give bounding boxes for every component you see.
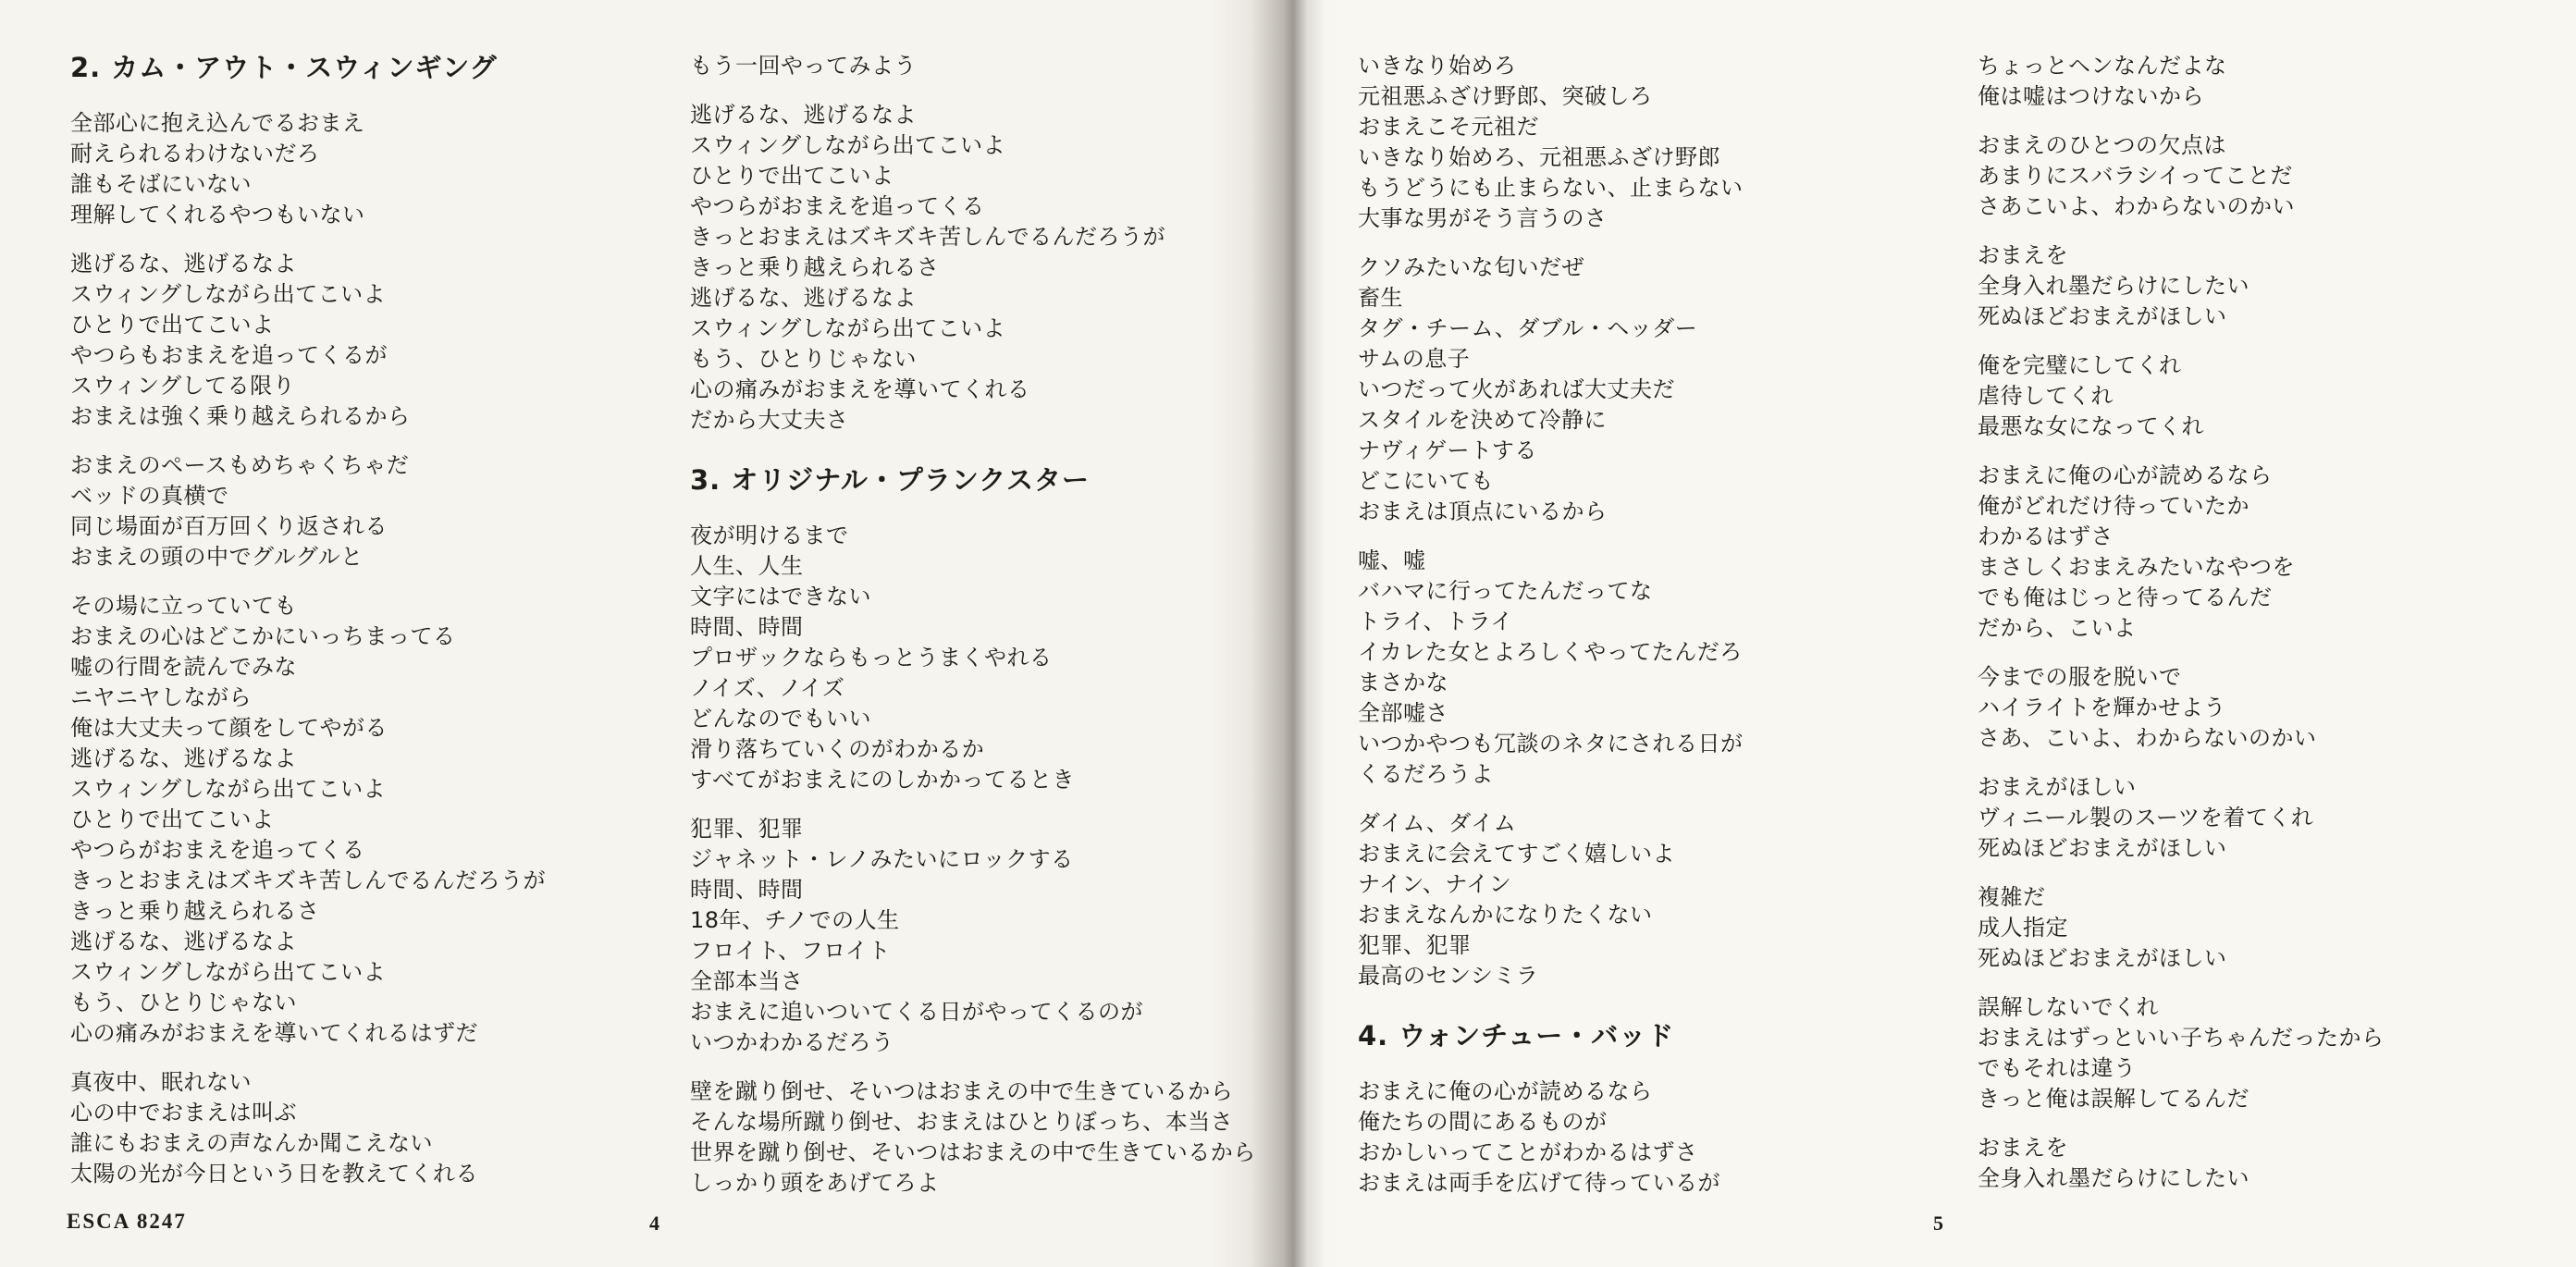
lyric-line: しっかり頭をあげてろよ	[690, 1168, 1300, 1199]
lyric-stanza: クソみたいな匂いだぜ畜生タグ・チーム、ダブル・ヘッダーサムの息子いつだって火があ…	[1358, 252, 1968, 527]
lyric-line: ちょっとヘンなんだよな	[1978, 51, 2576, 81]
lyric-line: 時間、時間	[690, 875, 1300, 905]
lyric-stanza: 逃げるな、逃げるなよスウィングしながら出てこいよひとりで出てこいよやつらもおまえ…	[70, 249, 681, 432]
lyric-line: スウィングしながら出てこいよ	[690, 130, 1300, 161]
lyric-line: 逃げるな、逃げるなよ	[690, 283, 1300, 314]
lyric-stanza: 今までの服を脱いでハイライトを輝かせようさあ、こいよ、わからないのかい	[1978, 662, 2576, 754]
lyric-line: 誰もそばにいない	[70, 169, 681, 200]
lyric-line: 大事な男がそう言うのさ	[1358, 203, 1968, 234]
lyric-line: くるだろうよ	[1358, 759, 1968, 790]
lyric-line: スウィングしながら出てこいよ	[690, 314, 1300, 344]
lyric-line: 真夜中、眠れない	[70, 1067, 681, 1098]
lyric-line: ひとりで出てこいよ	[70, 310, 681, 340]
lyric-line: おまえは強く乗り越えられるから	[70, 401, 681, 432]
lyric-line: おかしいってことがわかるはずさ	[1358, 1138, 1968, 1168]
lyric-line: すべてがおまえにのしかかってるとき	[690, 765, 1300, 795]
lyric-line: ノイズ、ノイズ	[690, 673, 1300, 704]
lyric-line: きっと乗り越えられるさ	[690, 252, 1300, 283]
lyric-stanza: その場に立っていてもおまえの心はどこかにいっちまってる嘘の行間を読んでみなニヤニ…	[70, 591, 681, 1049]
lyric-line: 同じ場面が百万回くり返される	[70, 511, 681, 542]
lyric-line: わかるはずさ	[1978, 522, 2576, 552]
lyric-line: おまえの頭の中でグルグルと	[70, 542, 681, 572]
lyric-stanza: 誤解しないでくれおまえはずっといい子ちゃんだったからでもそれは違うきっと俺は誤解…	[1978, 992, 2576, 1114]
lyric-line: 犯罪、犯罪	[1358, 930, 1968, 961]
lyric-line: いつだって火があれば大丈夫だ	[1358, 375, 1968, 405]
lyric-line: スウィングしてる限り	[70, 371, 681, 401]
lyric-line: さあこいよ、わからないのかい	[1978, 191, 2576, 222]
lyric-line: おまえを	[1978, 1133, 2576, 1163]
lyric-stanza: 全部心に抱え込んでるおまえ耐えられるわけないだろ誰もそばにいない理解してくれるや…	[70, 108, 681, 230]
lyric-line: やつらもおまえを追ってくるが	[70, 340, 681, 371]
lyric-line: ヴィニール製のスーツを着てくれ	[1978, 803, 2576, 833]
lyric-line: 心の痛みがおまえを導いてくれるはずだ	[70, 1018, 681, 1049]
lyric-line: その場に立っていても	[70, 591, 681, 621]
lyric-line: おまえがほしい	[1978, 772, 2576, 803]
lyric-line: おまえこそ元祖だ	[1358, 112, 1968, 142]
lyric-line: 心の中でおまえは叫ぶ	[70, 1098, 681, 1128]
lyric-line: やつらがおまえを追ってくる	[70, 835, 681, 866]
lyric-line: 俺を完璧にしてくれ	[1978, 351, 2576, 381]
lyric-line: イカレた女とよろしくやってたんだろ	[1358, 637, 1968, 668]
lyric-line: いきなり始めろ、元祖悪ふざけ野郎	[1358, 142, 1968, 173]
lyric-line: 逃げるな、逃げるなよ	[70, 744, 681, 774]
lyric-line: フロイト、フロイト	[690, 936, 1300, 966]
lyric-line: 壁を蹴り倒せ、そいつはおまえの中で生きているから	[690, 1076, 1300, 1107]
lyric-stanza: 真夜中、眠れない心の中でおまえは叫ぶ誰にもおまえの声なんか聞こえない太陽の光が今…	[70, 1067, 681, 1189]
lyric-stanza: 犯罪、犯罪ジャネット・レノみたいにロックする時間、時間18年、チノでの人生フロイ…	[690, 814, 1300, 1058]
lyric-line: おまえに会えてすごく嬉しいよ	[1358, 839, 1968, 869]
lyric-line: いつかわかるだろう	[690, 1027, 1300, 1058]
lyric-line: 逃げるな、逃げるなよ	[70, 249, 681, 279]
lyric-line: 死ぬほどおまえがほしい	[1978, 301, 2576, 332]
lyric-line: 嘘、嘘	[1358, 546, 1968, 576]
lyric-line: 俺は嘘はつけないから	[1978, 81, 2576, 112]
lyric-line: 俺たちの間にあるものが	[1358, 1107, 1968, 1138]
lyrics-booklet-spread: 2. カム・アウト・スウィンギング全部心に抱え込んでるおまえ耐えられるわけないだ…	[0, 0, 2576, 1267]
lyric-line: ひとりで出てこいよ	[690, 161, 1300, 191]
lyric-line: 逃げるな、逃げるなよ	[70, 927, 681, 957]
lyric-line: どこにいても	[1358, 466, 1968, 497]
track-title: 2. カム・アウト・スウィンギング	[70, 51, 681, 84]
lyric-line: タグ・チーム、ダブル・ヘッダー	[1358, 314, 1968, 344]
lyric-line: おまえのひとつの欠点は	[1978, 130, 2576, 161]
lyric-line: スウィングしながら出てこいよ	[70, 279, 681, 310]
lyric-line: でもそれは違う	[1978, 1053, 2576, 1084]
lyric-line: きっと乗り越えられるさ	[70, 896, 681, 927]
lyric-line: もう、ひとりじゃない	[70, 988, 681, 1018]
lyric-line: 時間、時間	[690, 612, 1300, 643]
lyrics-column-4: ちょっとヘンなんだよな俺は嘘はつけないからおまえのひとつの欠点はあまりにスバラシ…	[1978, 51, 2576, 1212]
lyric-line: 全身入れ墨だらけにしたい	[1978, 1163, 2576, 1194]
lyric-line: 複雑だ	[1978, 882, 2576, 913]
lyric-line: おまえに追いついてくる日がやってくるのが	[690, 997, 1300, 1027]
lyric-line: おまえに俺の心が読めるなら	[1358, 1076, 1968, 1107]
lyric-line: あまりにスバラシイってことだ	[1978, 161, 2576, 191]
lyric-stanza: おまえに俺の心が読めるなら俺たちの間にあるものがおかしいってことがわかるはずさお…	[1358, 1076, 1968, 1199]
lyric-line: 逃げるな、逃げるなよ	[690, 100, 1300, 130]
page-number-right: 5	[1933, 1212, 1943, 1236]
lyric-stanza: ちょっとヘンなんだよな俺は嘘はつけないから	[1978, 51, 2576, 112]
lyric-line: 18年、チノでの人生	[690, 905, 1300, 936]
lyric-line: まさしくおまえみたいなやつを	[1978, 552, 2576, 583]
lyric-stanza: もう一回やってみよう	[690, 51, 1300, 81]
lyric-line: おまえはずっといい子ちゃんだったから	[1978, 1023, 2576, 1053]
lyric-line: さあ、こいよ、わからないのかい	[1978, 723, 2576, 754]
lyric-stanza: いきなり始めろ元祖悪ふざけ野郎、突破しろおまえこそ元祖だいきなり始めろ、元祖悪ふ…	[1358, 51, 1968, 234]
lyric-line: 死ぬほどおまえがほしい	[1978, 833, 2576, 864]
lyric-line: 誤解しないでくれ	[1978, 992, 2576, 1023]
lyric-line: ハイライトを輝かせよう	[1978, 693, 2576, 723]
lyric-line: だから、こいよ	[1978, 613, 2576, 644]
lyric-stanza: 壁を蹴り倒せ、そいつはおまえの中で生きているからそんな場所蹴り倒せ、おまえはひと…	[690, 1076, 1300, 1199]
lyric-line: おまえを	[1978, 240, 2576, 271]
lyric-line: 理解してくれるやつもいない	[70, 200, 681, 230]
lyric-line: 俺がどれだけ待っていたか	[1978, 491, 2576, 522]
lyric-line: 文字にはできない	[690, 582, 1300, 612]
lyric-line: いきなり始めろ	[1358, 51, 1968, 81]
lyric-line: バハマに行ってたんだってな	[1358, 576, 1968, 607]
lyrics-column-2: もう一回やってみよう逃げるな、逃げるなよスウィングしながら出てこいよひとりで出て…	[690, 51, 1300, 1217]
lyric-line: おまえのペースもめちゃくちゃだ	[70, 450, 681, 481]
lyric-line: でも俺はじっと待ってるんだ	[1978, 583, 2576, 613]
lyric-line: どんなのでもいい	[690, 704, 1300, 734]
lyric-stanza: おまえに俺の心が読めるなら俺がどれだけ待っていたかわかるはずさまさしくおまえみた…	[1978, 461, 2576, 644]
lyric-line: 全身入れ墨だらけにしたい	[1978, 271, 2576, 301]
lyric-stanza: おまえのひとつの欠点はあまりにスバラシイってことださあこいよ、わからないのかい	[1978, 130, 2576, 222]
lyric-line: まさかな	[1358, 668, 1968, 698]
lyric-line: おまえなんかになりたくない	[1358, 900, 1968, 930]
lyric-line: 全部嘘さ	[1358, 698, 1968, 729]
lyric-line: やつらがおまえを追ってくる	[690, 191, 1300, 222]
lyric-line: ナイン、ナイン	[1358, 869, 1968, 900]
lyric-stanza: おまえを全身入れ墨だらけにしたい死ぬほどおまえがほしい	[1978, 240, 2576, 332]
lyric-stanza: 夜が明けるまで人生、人生文字にはできない時間、時間プロザックならもっとうまくやれ…	[690, 521, 1300, 795]
lyric-line: サムの息子	[1358, 344, 1968, 375]
lyric-line: もう一回やってみよう	[690, 51, 1300, 81]
lyric-line: 俺は大丈夫って顔をしてやがる	[70, 713, 681, 744]
catalog-number: ESCA 8247	[67, 1210, 187, 1234]
lyric-line: スウィングしながら出てこいよ	[70, 774, 681, 805]
lyric-line: トライ、トライ	[1358, 607, 1968, 637]
lyric-line: 畜生	[1358, 283, 1968, 314]
lyric-line: 世界を蹴り倒せ、そいつはおまえの中で生きているから	[690, 1138, 1300, 1168]
lyric-line: 嘘の行間を読んでみな	[70, 652, 681, 683]
lyric-line: 最悪な女になってくれ	[1978, 412, 2576, 442]
lyric-line: ベッドの真横で	[70, 481, 681, 511]
lyric-line: ひとりで出てこいよ	[70, 805, 681, 835]
lyric-stanza: 逃げるな、逃げるなよスウィングしながら出てこいよひとりで出てこいよやつらがおまえ…	[690, 100, 1300, 436]
lyric-stanza: 嘘、嘘バハマに行ってたんだってなトライ、トライイカレた女とよろしくやってたんだろ…	[1358, 546, 1968, 790]
lyric-stanza: 複雑だ成人指定死ぬほどおまえがほしい	[1978, 882, 2576, 974]
lyric-stanza: おまえを全身入れ墨だらけにしたい	[1978, 1133, 2576, 1194]
lyrics-column-3: いきなり始めろ元祖悪ふざけ野郎、突破しろおまえこそ元祖だいきなり始めろ、元祖悪ふ…	[1358, 51, 1968, 1217]
lyric-line: 死ぬほどおまえがほしい	[1978, 943, 2576, 974]
lyric-line: ニヤニヤしながら	[70, 683, 681, 713]
lyric-stanza: ダイム、ダイムおまえに会えてすごく嬉しいよナイン、ナインおまえなんかになりたくな…	[1358, 808, 1968, 991]
lyric-line: 人生、人生	[690, 551, 1300, 582]
lyric-line: もうどうにも止まらない、止まらない	[1358, 173, 1968, 203]
lyric-line: 心の痛みがおまえを導いてくれる	[690, 375, 1300, 405]
lyric-line: 成人指定	[1978, 913, 2576, 943]
lyric-line: スウィングしながら出てこいよ	[70, 957, 681, 988]
lyric-line: 虐待してくれ	[1978, 381, 2576, 412]
lyric-line: 耐えられるわけないだろ	[70, 139, 681, 169]
lyric-line: きっとおまえはズキズキ苦しんでるんだろうが	[690, 222, 1300, 252]
lyric-stanza: おまえがほしいヴィニール製のスーツを着てくれ死ぬほどおまえがほしい	[1978, 772, 2576, 864]
lyric-line: きっと俺は誤解してるんだ	[1978, 1084, 2576, 1114]
lyric-line: 太陽の光が今日という日を教えてくれる	[70, 1159, 681, 1189]
lyrics-column-1: 2. カム・アウト・スウィンギング全部心に抱え込んでるおまえ耐えられるわけないだ…	[70, 51, 681, 1208]
lyric-line: ジャネット・レノみたいにロックする	[690, 844, 1300, 875]
lyric-line: いつかやつも冗談のネタにされる日が	[1358, 729, 1968, 759]
lyric-stanza: おまえのペースもめちゃくちゃだベッドの真横で同じ場面が百万回くり返されるおまえの…	[70, 450, 681, 572]
lyric-line: 夜が明けるまで	[690, 521, 1300, 551]
lyric-line: 犯罪、犯罪	[690, 814, 1300, 844]
track-title: 3. オリジナル・プランクスター	[690, 463, 1300, 497]
lyric-line: 全部本当さ	[690, 966, 1300, 997]
lyric-line: 最高のセンシミラ	[1358, 961, 1968, 991]
lyric-stanza: 俺を完璧にしてくれ虐待してくれ最悪な女になってくれ	[1978, 351, 2576, 442]
lyric-line: おまえは両手を広げて待っているが	[1358, 1168, 1968, 1199]
lyric-line: 全部心に抱え込んでるおまえ	[70, 108, 681, 139]
lyric-line: ダイム、ダイム	[1358, 808, 1968, 839]
lyric-line: クソみたいな匂いだぜ	[1358, 252, 1968, 283]
track-title: 4. ウォンチュー・バッド	[1358, 1019, 1968, 1052]
lyric-line: スタイルを決めて冷静に	[1358, 405, 1968, 436]
lyric-line: おまえに俺の心が読めるなら	[1978, 461, 2576, 491]
lyric-line: 元祖悪ふざけ野郎、突破しろ	[1358, 81, 1968, 112]
lyric-line: ナヴィゲートする	[1358, 436, 1968, 466]
lyric-line: もう、ひとりじゃない	[690, 344, 1300, 375]
lyric-line: プロザックならもっとうまくやれる	[690, 643, 1300, 673]
lyric-line: おまえは頂点にいるから	[1358, 497, 1968, 527]
page-number-left: 4	[649, 1212, 659, 1236]
lyric-line: だから大丈夫さ	[690, 405, 1300, 436]
lyric-line: 滑り落ちていくのがわかるか	[690, 734, 1300, 765]
lyric-line: 誰にもおまえの声なんか聞こえない	[70, 1128, 681, 1159]
lyric-line: 今までの服を脱いで	[1978, 662, 2576, 693]
lyric-line: きっとおまえはズキズキ苦しんでるんだろうが	[70, 866, 681, 896]
lyric-line: そんな場所蹴り倒せ、おまえはひとりぼっち、本当さ	[690, 1107, 1300, 1138]
lyric-line: おまえの心はどこかにいっちまってる	[70, 621, 681, 652]
